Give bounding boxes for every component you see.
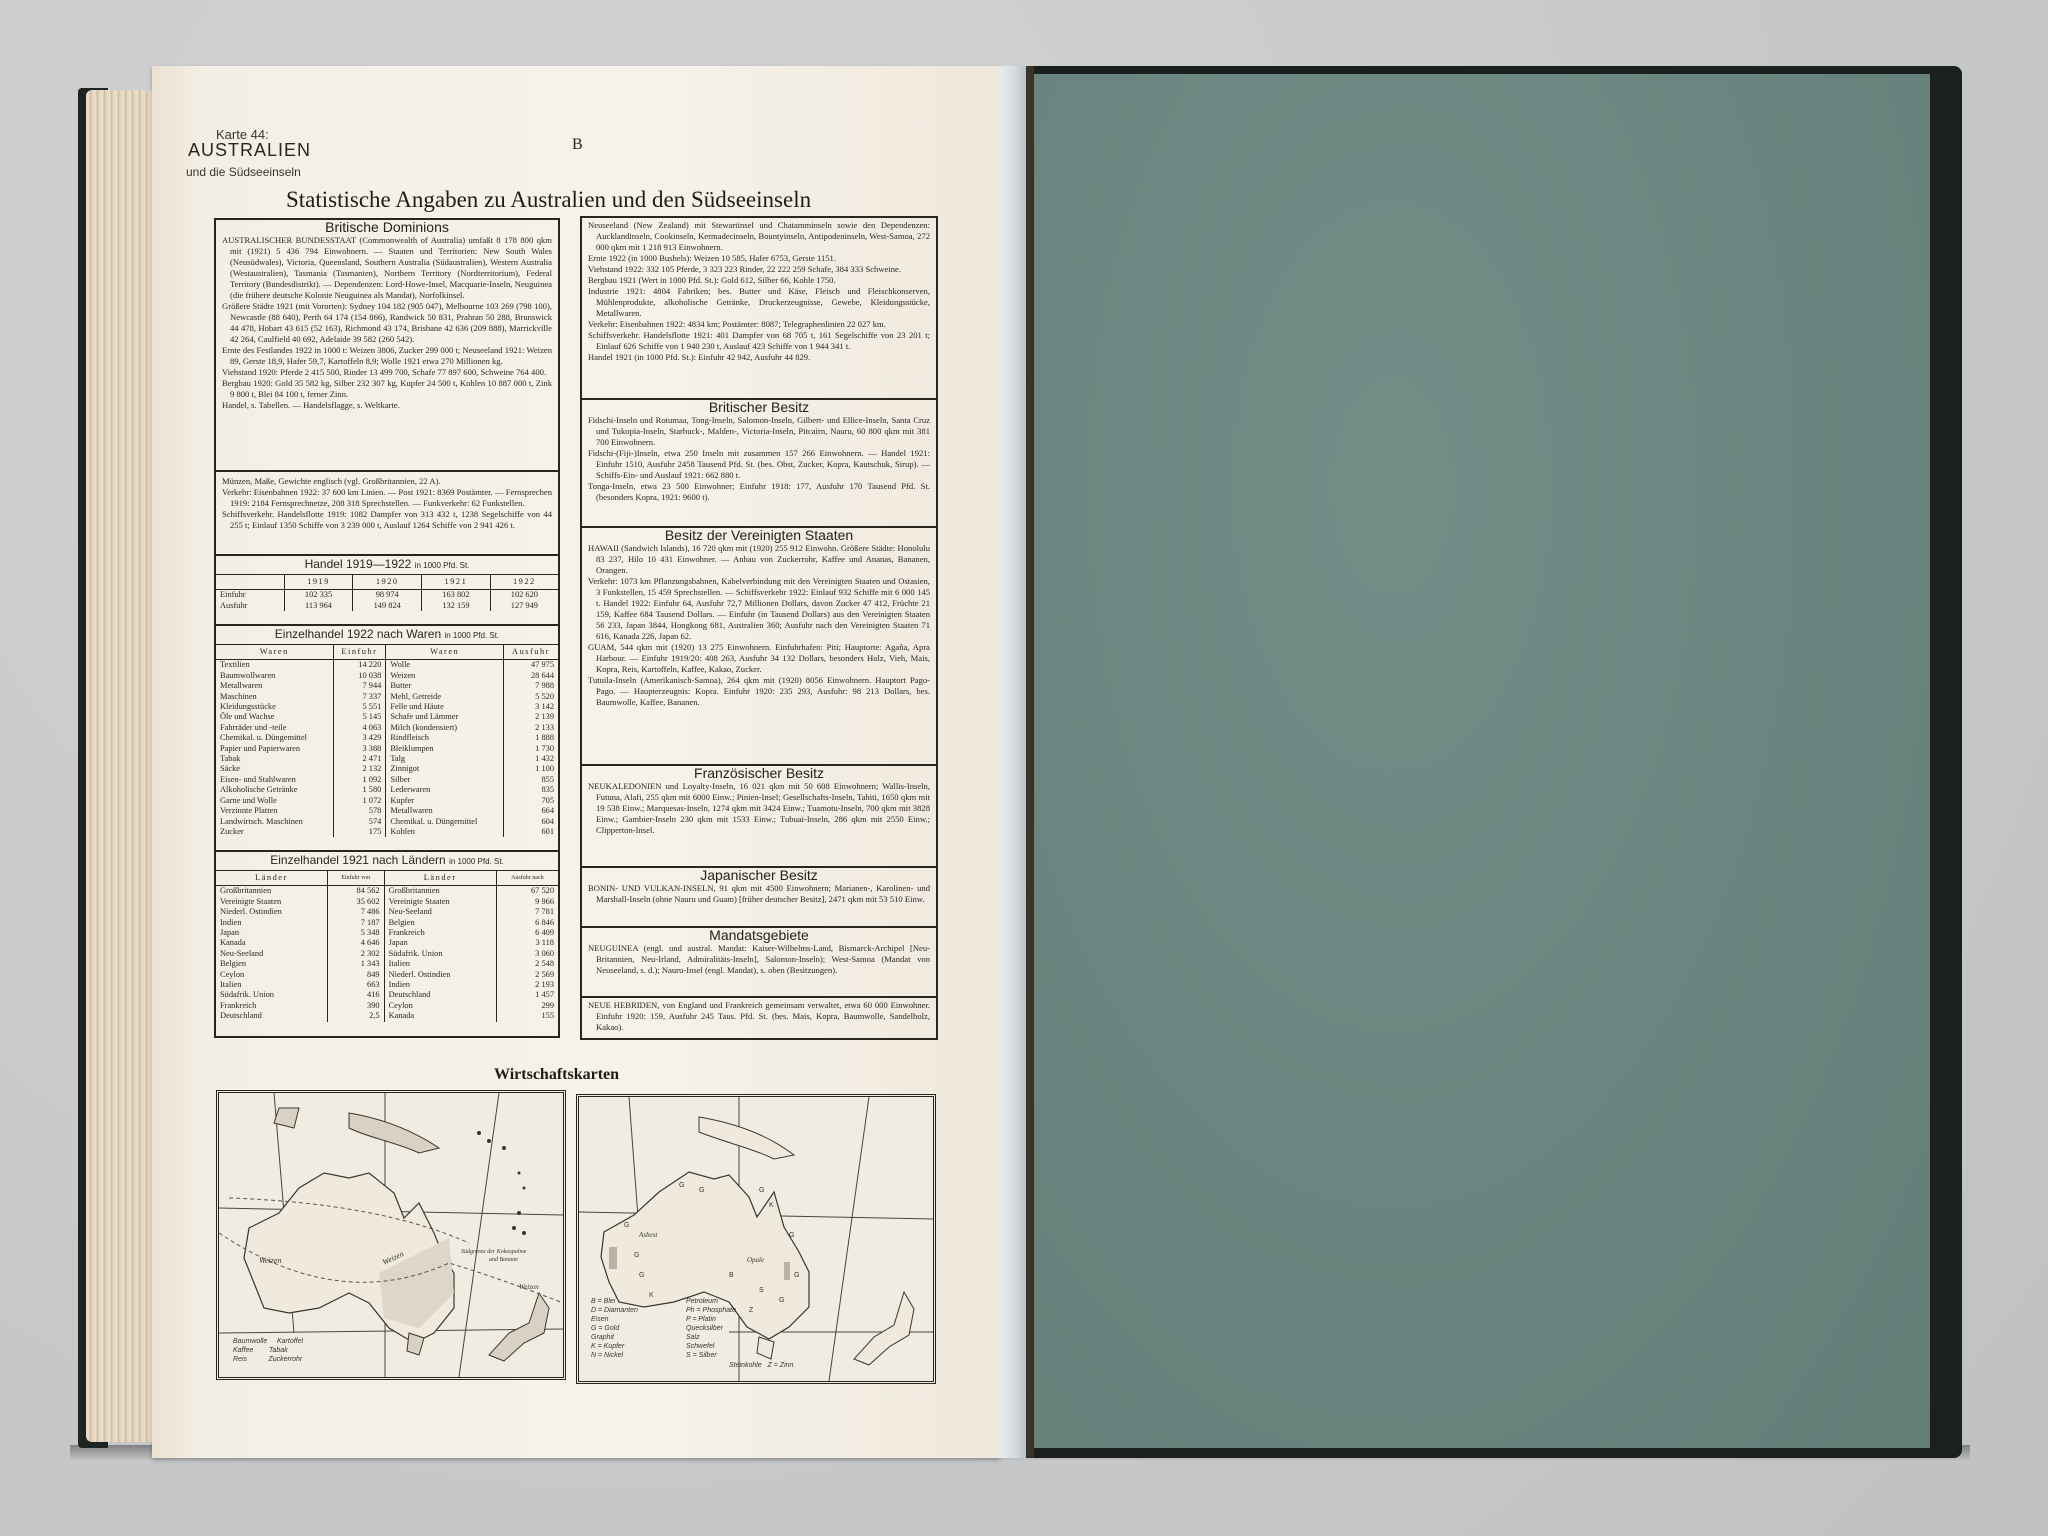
table-row: Kleidungsstücke5 551Felle und Häute3 142 [216, 702, 558, 712]
paragraph: Viehstand 1920: Pferde 2 415 500, Rinder… [222, 367, 552, 378]
svg-text:Asbest: Asbest [638, 1231, 658, 1239]
table-row: Tabak2 471Talg1 432 [216, 754, 558, 764]
paragraph: HAWAII (Sandwich Islands), 16 720 qkm mi… [588, 543, 930, 576]
value-cell: 2 471 [333, 754, 386, 764]
item-name-cell: Japan [384, 938, 496, 948]
minerals-map: GGGK GGGK GGSG ZB Asbest Opale B = BleiP… [576, 1094, 936, 1384]
table-row: Baumwollwaren10 038Weizen28 644 [216, 671, 558, 681]
col-header: Einfuhr [333, 645, 386, 660]
table-row: Südafrik. Union416Deutschland1 457 [216, 990, 558, 1000]
col-header: 1920 [353, 575, 422, 590]
col-header: Ausfuhr nach [496, 871, 558, 886]
item-name-cell: Baumwollwaren [216, 671, 333, 681]
item-name-cell: Belgien [216, 959, 327, 969]
item-name-cell: Verzinnte Platten [216, 806, 333, 816]
paragraph: Handel 1921 (in 1000 Pfd. St.): Einfuhr … [588, 352, 930, 363]
table-row: Frankreich390Ceylon299 [216, 1001, 558, 1011]
item-name-cell: Vereinigte Staaten [216, 897, 327, 907]
col-header: Waren [386, 645, 504, 660]
item-name-cell: Indien [216, 918, 327, 928]
section-heading: Britischer Besitz [588, 402, 930, 413]
value-cell: 2 569 [496, 970, 558, 980]
table-row: Belgien1 343Italien2 548 [216, 959, 558, 969]
paragraph: GUAM, 544 qkm mit (1920) 13 275 Einwohne… [588, 642, 930, 675]
value-cell: 1 092 [333, 775, 386, 785]
item-name-cell: Textilien [216, 660, 333, 671]
paragraph: Schiffsverkehr. Handelsflotte 1921: 401 … [588, 330, 930, 352]
col-header: Ausfuhr [504, 645, 559, 660]
item-name-cell: Frankreich [384, 928, 496, 938]
value-cell: 3 429 [333, 733, 386, 743]
section-heading: Französischer Besitz [588, 768, 930, 779]
svg-text:G: G [679, 1182, 684, 1189]
value-cell: 849 [327, 970, 384, 980]
section-heading: Japanischer Besitz [588, 870, 930, 881]
paragraph: Bergbau 1920: Gold 35 582 kg, Silber 232… [222, 378, 552, 400]
book-gutter [1026, 66, 1034, 1458]
item-name-cell: Fahrräder und -teile [216, 723, 333, 733]
item-name-cell: Silber [386, 775, 504, 785]
item-name-cell: Japan [216, 928, 327, 938]
value-cell: 2 139 [504, 712, 559, 722]
agriculture-map-drawing: Weizen Weizen Weizen Südgrenze der Kokos… [219, 1093, 563, 1377]
item-name-cell: Säcke [216, 764, 333, 774]
item-name-cell: Butter [386, 681, 504, 691]
table-row: Eisen- und Stahlwaren1 092Silber855 [216, 775, 558, 785]
vereinigte-staaten-box: Besitz der Vereinigten Staaten HAWAII (S… [580, 526, 938, 766]
table-row: Öle und Wachse5 145Schafe und Lämmer2 13… [216, 712, 558, 722]
agriculture-legend: Baumwolle Kartoffel Kaffee Tabak Reis Zu… [233, 1337, 303, 1364]
paragraph: Schiffsverkehr. Handelsflotte 1919: 1082… [222, 509, 552, 531]
value-cell: 1 888 [504, 733, 559, 743]
col-header: 1919 [284, 575, 353, 590]
paragraph: Verkehr: Eisenbahnen 1922: 4834 km; Post… [588, 319, 930, 330]
item-name-cell: Weizen [386, 671, 504, 681]
item-name-cell: Deutschland [216, 1011, 327, 1021]
value-cell: 574 [333, 817, 386, 827]
item-name-cell: Kanada [216, 938, 327, 948]
col-header: 1921 [422, 575, 491, 590]
handel-table: 1919 1920 1921 1922 Einfuhr102 33598 974… [216, 575, 558, 611]
item-name-cell: Maschinen [216, 692, 333, 702]
table-row: Neu-Seeland2 302Südafrik. Union3 060 [216, 949, 558, 959]
table-row: Japan5 348Frankreich6 409 [216, 928, 558, 938]
svg-text:Weizen: Weizen [519, 1283, 539, 1291]
value-cell: 2 133 [504, 723, 559, 733]
value-cell: 2 548 [496, 959, 558, 969]
item-name-cell: Wolle [386, 660, 504, 671]
minerals-legend-extra: Steinkohle Z = Zinn [729, 1361, 793, 1370]
paragraph: Münzen, Maße, Gewichte englisch (vgl. Gr… [222, 476, 552, 487]
paragraph: Verkehr: 1073 km Pflanzungsbahnen, Kabel… [588, 576, 930, 642]
value-cell: 2 132 [333, 764, 386, 774]
value-cell: 7 944 [333, 681, 386, 691]
section-heading: Besitz der Vereinigten Staaten [588, 530, 930, 541]
value-cell: 1 730 [504, 744, 559, 754]
handel-table-title: Handel 1919—1922 in 1000 Pfd. St. [216, 556, 558, 575]
svg-text:G: G [794, 1272, 799, 1279]
value-cell: 1 432 [504, 754, 559, 764]
col-header: Waren [216, 645, 333, 660]
item-name-cell: Chemikal. u. Düngemittel [216, 733, 333, 743]
value-cell: 705 [504, 796, 559, 806]
item-name-cell: Kupfer [386, 796, 504, 806]
table-row: Alkoholische Getränke1 580Lederwaren835 [216, 785, 558, 795]
table-row: Italien663Indien2 193 [216, 980, 558, 990]
table-row: Einfuhr102 33598 974163 802102 620 [216, 590, 558, 601]
value-cell: 1 580 [333, 785, 386, 795]
waren-table-title: Einzelhandel 1922 nach Waren in 1000 Pfd… [216, 626, 558, 645]
svg-text:G: G [789, 1232, 794, 1239]
value-cell: 604 [504, 817, 559, 827]
table-row: Deutschland2,5Kanada155 [216, 1011, 558, 1021]
value-cell: 1 072 [333, 796, 386, 806]
value-cell: 2 193 [496, 980, 558, 990]
neuseeland-box: Neuseeland (New Zealand) mit Stewartinse… [580, 216, 938, 400]
value-cell: 3 388 [333, 744, 386, 754]
item-name-cell: Rindfleisch [386, 733, 504, 743]
item-name-cell: Italien [384, 959, 496, 969]
value-cell: 28 644 [504, 671, 559, 681]
waren-table-box: Einzelhandel 1922 nach Waren in 1000 Pfd… [214, 624, 560, 852]
value-cell: 3 118 [496, 938, 558, 948]
svg-text:G: G [634, 1252, 639, 1259]
paragraph: AUSTRALISCHER BUNDESSTAAT (Commonwealth … [222, 235, 552, 301]
paragraph: Tonga-Inseln, etwa 23 500 Einwohner; Ein… [588, 481, 930, 503]
item-name-cell: Metallwaren [386, 806, 504, 816]
value-cell: 7 988 [504, 681, 559, 691]
value-cell: 2,5 [327, 1011, 384, 1021]
value-cell: 299 [496, 1001, 558, 1011]
value-cell: 5 551 [333, 702, 386, 712]
table-row: Chemikal. u. Düngemittel3 429Rindfleisch… [216, 733, 558, 743]
paragraph: BONIN- UND VULKAN-INSELN, 91 qkm mit 450… [588, 883, 930, 905]
value-cell: 67 520 [496, 886, 558, 897]
item-name-cell: Chemikal. u. Düngemittel [386, 817, 504, 827]
table-row: Indien7 187Belgien6 846 [216, 918, 558, 928]
value-cell: 390 [327, 1001, 384, 1011]
table-row: Ceylon849Niederl. Ostindien2 569 [216, 970, 558, 980]
value-cell: 601 [504, 827, 559, 837]
minerals-legend: B = BleiPetroleum D = DiamantenPh = Phos… [591, 1297, 781, 1360]
value-cell: 5 520 [504, 692, 559, 702]
item-name-cell: Bleiklumpen [386, 744, 504, 754]
value-cell: 155 [496, 1011, 558, 1021]
svg-text:Südgrenze der Kokospalme: Südgrenze der Kokospalme [461, 1249, 527, 1255]
paragraph: NEUGUINEA (engl. und austral. Mandat: Ka… [588, 943, 930, 976]
region-title: AUSTRALIEN [188, 140, 311, 161]
table-row: Ausfuhr113 964149 824132 159127 949 [216, 601, 558, 611]
table-row: Kanada4 646Japan3 118 [216, 938, 558, 948]
item-name-cell: Vereinigte Staaten [384, 897, 496, 907]
paragraph: Handel, s. Tabellen. — Handelsflagge, s.… [222, 400, 552, 411]
item-name-cell: Deutschland [384, 990, 496, 1000]
value-cell: 84 562 [327, 886, 384, 897]
paragraph: Größere Städte 1921 (mit Vororten): Sydn… [222, 301, 552, 345]
neue-hebriden-box: NEUE HEBRIDEN, von England und Frankreic… [580, 996, 938, 1040]
handel-table-box: Handel 1919—1922 in 1000 Pfd. St. 1919 1… [214, 554, 560, 626]
value-cell: 416 [327, 990, 384, 1000]
value-cell: 5 145 [333, 712, 386, 722]
item-name-cell: Indien [384, 980, 496, 990]
mandatsgebiete-box: Mandatsgebiete NEUGUINEA (engl. und aust… [580, 926, 938, 998]
item-name-cell: Schafe und Lämmer [386, 712, 504, 722]
verkehr-box: Münzen, Maße, Gewichte englisch (vgl. Gr… [214, 470, 560, 556]
agriculture-map: Weizen Weizen Weizen Südgrenze der Kokos… [216, 1090, 566, 1380]
item-name-cell: Mehl, Getreide [386, 692, 504, 702]
paragraph: Industrie 1921: 4804 Fabriken; bes. Butt… [588, 286, 930, 319]
britischer-besitz-box: Britischer Besitz Fidschi-Inseln und Rot… [580, 398, 938, 528]
item-name-cell: Niederl. Ostindien [216, 907, 327, 917]
section-heading: Mandatsgebiete [588, 930, 930, 941]
table-row: Landwirtsch. Maschinen574Chemikal. u. Dü… [216, 817, 558, 827]
svg-text:Opale: Opale [747, 1256, 764, 1264]
table-row: Verzinnte Platten578Metallwaren664 [216, 806, 558, 816]
paragraph: Neuseeland (New Zealand) mit Stewartinse… [588, 220, 930, 253]
col-header: Länder [216, 871, 327, 886]
item-name-cell: Italien [216, 980, 327, 990]
item-name-cell: Talg [386, 754, 504, 764]
item-name-cell: Neu-Seeland [384, 907, 496, 917]
item-name-cell: Belgien [384, 918, 496, 928]
value-cell: 4 063 [333, 723, 386, 733]
item-name-cell: Ceylon [216, 970, 327, 980]
paragraph: Viehstand 1922: 332 105 Pferde, 3 323 22… [588, 264, 930, 275]
waren-table: Waren Einfuhr Waren Ausfuhr Textilien14 … [216, 645, 558, 837]
item-name-cell: Kleidungsstücke [216, 702, 333, 712]
value-cell: 578 [333, 806, 386, 816]
value-cell: 3 060 [496, 949, 558, 959]
value-cell: 9 966 [496, 897, 558, 907]
svg-text:S: S [759, 1287, 764, 1294]
item-name-cell: Metallwaren [216, 681, 333, 691]
page-letter: B [572, 136, 583, 154]
item-name-cell: Felle und Häute [386, 702, 504, 712]
item-name-cell: Neu-Seeland [216, 949, 327, 959]
paragraph: NEUE HEBRIDEN, von England und Frankreic… [588, 1000, 930, 1033]
item-name-cell: Kohlen [386, 827, 504, 837]
laender-table-title: Einzelhandel 1921 nach Ländern in 1000 P… [216, 852, 558, 871]
svg-text:und Banane: und Banane [489, 1257, 518, 1263]
value-cell: 663 [327, 980, 384, 990]
value-cell: 7 781 [496, 907, 558, 917]
item-name-cell: Zucker [216, 827, 333, 837]
svg-text:G: G [759, 1187, 764, 1194]
item-name-cell: Tabak [216, 754, 333, 764]
item-name-cell: Großbritannien [384, 886, 496, 897]
svg-text:G: G [639, 1272, 644, 1279]
value-cell: 1 457 [496, 990, 558, 1000]
svg-text:B: B [729, 1272, 734, 1279]
table-row: Vereinigte Staaten35 602Vereinigte Staat… [216, 897, 558, 907]
table-row: Maschinen7 337Mehl, Getreide5 520 [216, 692, 558, 702]
table-row: Textilien14 220Wolle47 975 [216, 660, 558, 671]
value-cell: 4 646 [327, 938, 384, 948]
paragraph: Fidschi-Inseln und Rotumaa, Tong-Inseln,… [588, 415, 930, 448]
table-row: Papier und Papierwaren3 388Bleiklumpen1 … [216, 744, 558, 754]
table-row: Metallwaren7 944Butter7 988 [216, 681, 558, 691]
item-name-cell: Eisen- und Stahlwaren [216, 775, 333, 785]
item-name-cell: Kanada [384, 1011, 496, 1021]
value-cell: 664 [504, 806, 559, 816]
col-header [216, 575, 284, 590]
value-cell: 14 220 [333, 660, 386, 671]
region-subtitle: und die Südseeinseln [186, 165, 301, 179]
japanischer-besitz-box: Japanischer Besitz BONIN- UND VULKAN-INS… [580, 866, 938, 928]
col-header: Länder [384, 871, 496, 886]
value-cell: 10 038 [333, 671, 386, 681]
col-header: 1922 [490, 575, 558, 590]
item-name-cell: Garne und Wolle [216, 796, 333, 806]
item-name-cell: Niederl. Ostindien [384, 970, 496, 980]
svg-text:Weizen: Weizen [259, 1256, 281, 1265]
col-header: Einfuhr von [327, 871, 384, 886]
item-name-cell: Zinnigot [386, 764, 504, 774]
value-cell: 175 [333, 827, 386, 837]
value-cell: 1 343 [327, 959, 384, 969]
maps-title: Wirtschaftskarten [494, 1066, 619, 1084]
value-cell: 6 846 [496, 918, 558, 928]
value-cell: 5 348 [327, 928, 384, 938]
value-cell: 6 409 [496, 928, 558, 938]
value-cell: 47 975 [504, 660, 559, 671]
paragraph: Ernte 1922 (in 1000 Bushels): Weizen 10 … [588, 253, 930, 264]
value-cell: 7 337 [333, 692, 386, 702]
item-name-cell: Großbritannien [216, 886, 327, 897]
item-name-cell: Frankreich [216, 1001, 327, 1011]
svg-text:K: K [769, 1202, 774, 1209]
table-row: Säcke2 132Zinnigot1 100 [216, 764, 558, 774]
item-name-cell: Öle und Wachse [216, 712, 333, 722]
paragraph: Tutuila-Inseln (Amerikanisch-Samoa), 264… [588, 675, 930, 708]
franzoesischer-besitz-box: Französischer Besitz NEUKALEDONIEN und L… [580, 764, 938, 868]
item-name-cell: Südafrik. Union [384, 949, 496, 959]
paragraph: Fidschi-(Fiji-)Inseln, etwa 250 Inseln m… [588, 448, 930, 481]
item-name-cell: Südafrik. Union [216, 990, 327, 1000]
item-name-cell: Ceylon [384, 1001, 496, 1011]
value-cell: 835 [504, 785, 559, 795]
paragraph: NEUKALEDONIEN und Loyalty-Inseln, 16 021… [588, 781, 930, 836]
value-cell: 35 602 [327, 897, 384, 907]
section-heading: Britische Dominions [222, 222, 552, 233]
table-row: Zucker175Kohlen601 [216, 827, 558, 837]
endpaper-right [1034, 74, 1930, 1448]
page-title: Statistische Angaben zu Australien und d… [286, 187, 811, 213]
paragraph: Verkehr: Eisenbahnen 1922: 37 600 km Lin… [222, 487, 552, 509]
item-name-cell: Milch (kondensiert) [386, 723, 504, 733]
laender-table-box: Einzelhandel 1921 nach Ländern in 1000 P… [214, 850, 560, 1038]
value-cell: 3 142 [504, 702, 559, 712]
britische-dominions-box: Britische Dominions AUSTRALISCHER BUNDES… [214, 218, 560, 472]
paragraph: Bergbau 1921 (Wert in 1000 Pfd. St.): Go… [588, 275, 930, 286]
value-cell: 855 [504, 775, 559, 785]
table-row: Garne und Wolle1 072Kupfer705 [216, 796, 558, 806]
table-row: Fahrräder und -teile4 063Milch (kondensi… [216, 723, 558, 733]
value-cell: 7 187 [327, 918, 384, 928]
laender-table: Länder Einfuhr von Länder Ausfuhr nach G… [216, 871, 558, 1022]
value-cell: 1 100 [504, 764, 559, 774]
value-cell: 2 302 [327, 949, 384, 959]
item-name-cell: Landwirtsch. Maschinen [216, 817, 333, 827]
item-name-cell: Alkoholische Getränke [216, 785, 333, 795]
table-row: Niederl. Ostindien7 486Neu-Seeland7 781 [216, 907, 558, 917]
table-row: Großbritannien84 562Großbritannien67 520 [216, 886, 558, 897]
svg-text:G: G [699, 1187, 704, 1194]
svg-text:G: G [624, 1222, 629, 1229]
page-spine-strip [1000, 66, 1026, 1458]
value-cell: 7 486 [327, 907, 384, 917]
item-name-cell: Lederwaren [386, 785, 504, 795]
item-name-cell: Papier und Papierwaren [216, 744, 333, 754]
paragraph: Ernte des Festlandes 1922 in 1000 t: Wei… [222, 345, 552, 367]
